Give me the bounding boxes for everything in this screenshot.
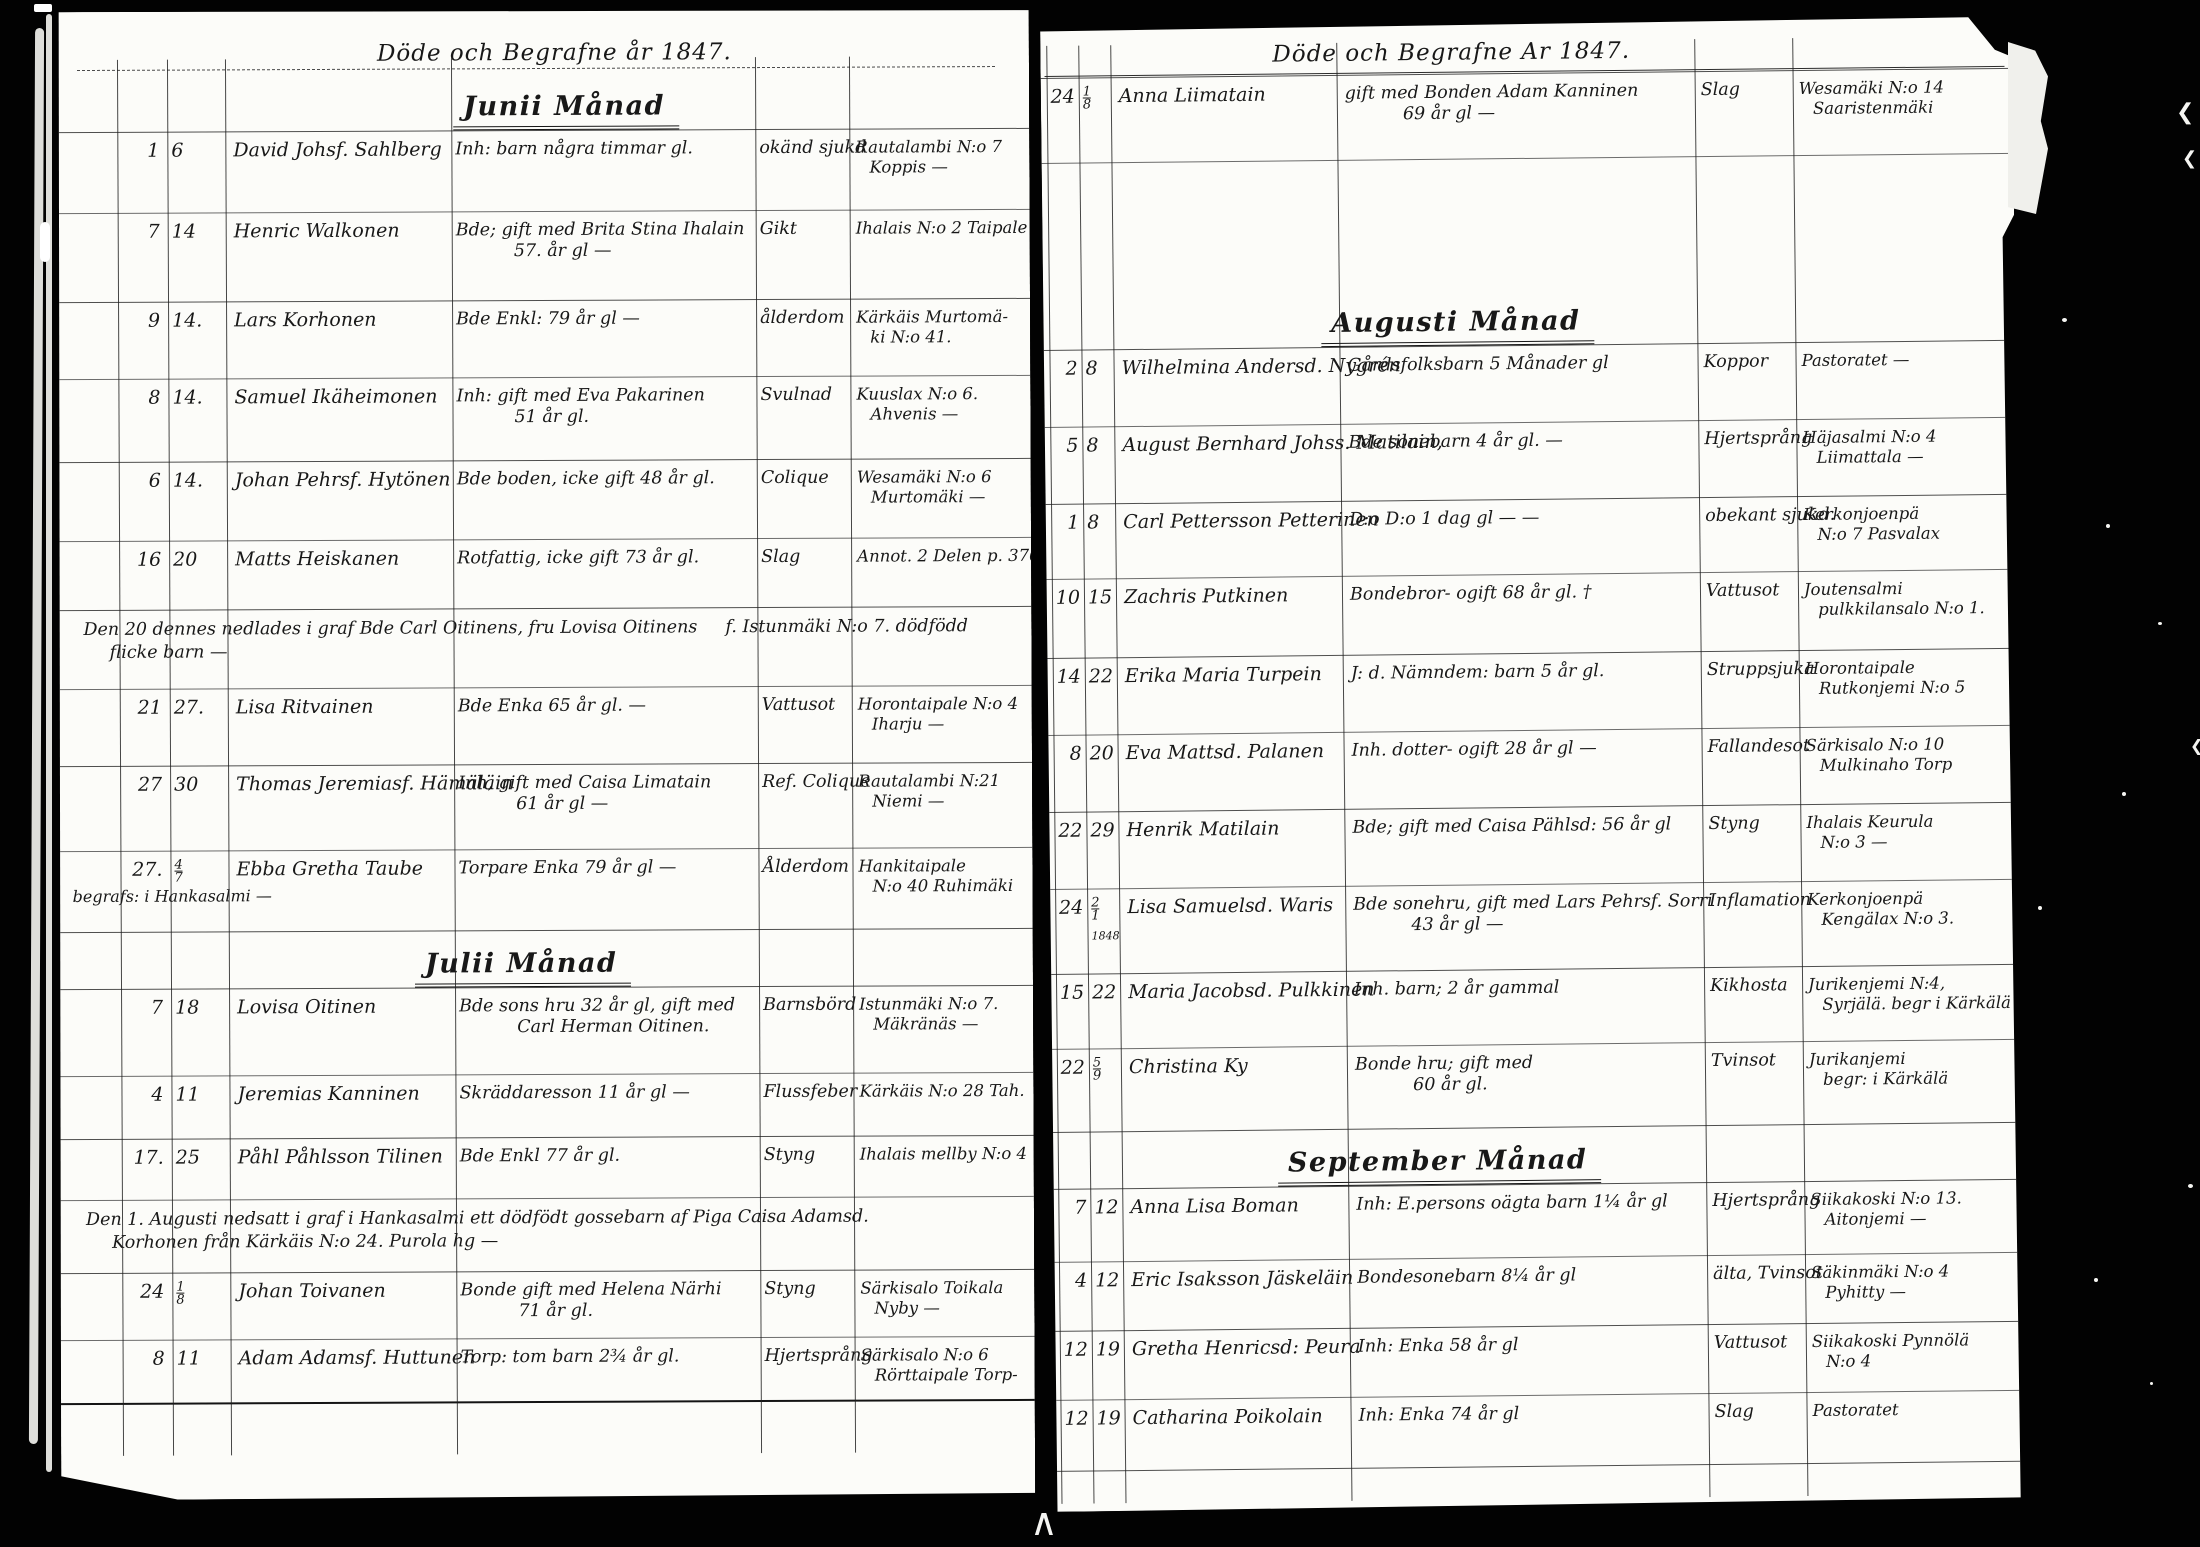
burial-place-line: Rörttaipale Torp- [875, 1365, 1018, 1386]
burial-note-line: flicke barn — [110, 639, 724, 665]
burial-place: KerkonjoenpäN:o 7 Pasvalax [1803, 504, 1940, 545]
cause-of-death: Flussfeber [763, 1082, 857, 1103]
burial-place-line: Pyhitty — [1825, 1282, 1949, 1303]
burial-day-value: 30 [174, 774, 226, 795]
status-and-age-line: Inh: Enka 74 år gl [1358, 1404, 1519, 1427]
paper-speck [2122, 792, 2126, 796]
burial-place: Siikakoski N:o 13.Aitonjemi — [1810, 1188, 1962, 1230]
burial-day-value: 18 [176, 1281, 228, 1314]
status-and-age: Bonde gift med Helena Närhi71 år gl. [460, 1279, 721, 1322]
death-day-value: 5 [1050, 436, 1078, 457]
death-day-value: 24 [1055, 898, 1083, 919]
cause-of-death: ålderdom [760, 308, 844, 329]
table-row: 24211848Lisa Samuelsd. WarisBde sonehru,… [1049, 880, 2022, 975]
burial-day-value: 19 [1096, 1339, 1126, 1360]
table-row: 412Eric Isaksson JäskeläinBondesonebarn … [1053, 1253, 2026, 1332]
burial-place: Häjasalmi N:o 4Liimattala — [1802, 427, 1936, 468]
paper-speck [2158, 622, 2162, 625]
status-and-age-line: Gårdsfolksbarn 5 Månader gl [1347, 353, 1608, 377]
deceased-name: Gretha Henricsd: Peura [1132, 1337, 1361, 1360]
deceased-name: Christina Ky [1129, 1056, 1248, 1078]
status-and-age-line: Bde sonehru, gift med Lars Pehrsf. Sorri [1353, 891, 1713, 916]
burial-place-line: N:o 7 Pasvalax [1817, 524, 1940, 545]
burial-place-line: ki N:o 41. [870, 327, 1008, 348]
deceased-name: Jeremias Kanninen [237, 1084, 419, 1106]
burial-place-line: Liimattala — [1816, 447, 1936, 468]
status-and-age: Bde Enka 65 år gl. — [458, 696, 646, 718]
burial-place-line: Ihalais Keurula [1806, 812, 1933, 833]
cause-of-death: Hjertsprång [765, 1346, 873, 1367]
status-and-age-line: J: d. Nämndem: barn 5 år gl. [1351, 661, 1605, 685]
status-and-age: gift med Bonden Adam Kanninen69 år gl — [1345, 81, 1639, 126]
note-row: Den 1. Augusti nedsatt i graf i Hankasal… [60, 1197, 1034, 1274]
death-day-value: 8 [118, 388, 160, 409]
burial-place-line: Iharju — [872, 714, 1018, 735]
burial-day-value: 8 [1086, 435, 1116, 456]
status-and-age-line: Bde Enkl: 79 år gl — [456, 309, 640, 331]
status-and-age: Inh: E.persons oägta barn 1¼ år gl [1356, 1191, 1668, 1215]
cause-of-death: älta, Tvinsot [1713, 1263, 1823, 1285]
table-row: 16David Johsf. SahlbergInh: barn några t… [55, 129, 1029, 214]
burial-place-line: Rautalambi N:21 [858, 771, 1000, 792]
burial-place-line: Särkisalo N:o 10 [1805, 734, 1952, 756]
burial-place-line: begr: i Kärkälä [1823, 1069, 1948, 1090]
burial-place: Pastoratet — [1801, 350, 1909, 371]
burial-place-line: Horontaipale [1805, 657, 1966, 679]
death-day-value: 14 [1053, 667, 1081, 688]
cause-of-death: Gikt [760, 219, 797, 240]
burial-day-value: 18 [1083, 86, 1113, 119]
record-rows: 718Lovisa OitinenBde sons hru 32 år gl, … [59, 985, 1035, 1405]
status-and-age-line: Torp: tom barn 2¾ år gl. [461, 1346, 680, 1368]
death-day-value: 7 [121, 998, 163, 1019]
death-day-value: 24 [1047, 87, 1075, 108]
burial-place-line: Häjasalmi N:o 4 [1802, 427, 1936, 448]
burial-day-value: 22 [1092, 982, 1122, 1003]
burial-place: Särkisalo ToikalaNyby — [860, 1278, 1003, 1319]
burial-place-line: Pastoratet [1812, 1400, 1898, 1421]
burial-place-note: begrafs: i Hankasalmi — [73, 884, 493, 907]
page-edge-streak [40, 222, 50, 262]
table-row: 712Anna Lisa BomanInh: E.persons oägta b… [1052, 1180, 2025, 1263]
cause-of-death: Vattusot [1706, 580, 1780, 602]
status-and-age: Inh. barn; 2 år gammal [1354, 978, 1559, 1001]
edge-arrow-mark: ❮ [2182, 148, 2197, 169]
status-and-age: Bde sons hru 32 år gl, gift medCarl Herm… [459, 995, 735, 1038]
status-and-age-line: 69 år gl — [1403, 102, 1639, 125]
burial-day-value: 14 [172, 221, 224, 242]
burial-place-line: Koppis — [869, 157, 1002, 178]
month-heading: Augusti Månad [1321, 304, 1595, 347]
deceased-name: Lisa Ritvainen [236, 697, 374, 719]
death-day-value: 6 [119, 471, 161, 492]
table-row: 914.Lars KorhonenBde Enkl: 79 år gl —åld… [56, 299, 1030, 380]
burial-place: Jurikenjemi N:4,Syrjälä. begr i Kärkälä [1808, 973, 2011, 1015]
table-row: 820Eva Mattsd. PalanenInh. dotter- ogift… [1047, 726, 2020, 813]
deceased-name: Zachris Putkinen [1124, 585, 1289, 608]
deceased-name: Påhl Påhlsson Tilinen [238, 1146, 443, 1168]
table-row: 28Wilhelmina Andersd. NygrénGårdsfolksba… [1043, 341, 2016, 428]
burial-place-line: Jurikanjemi [1809, 1049, 1948, 1070]
page-edge-streak [34, 4, 52, 12]
status-and-age-line: 51 år gl. [514, 406, 705, 428]
page-header: Döde och Begrafne år 1847. [377, 39, 732, 67]
status-and-age-line: Rotfattig, icke gift 73 år gl. [457, 547, 699, 569]
burial-note: Den 1. Augusti nedsatt i graf i Hankasal… [86, 1206, 726, 1255]
burial-date-fraction: 47 [174, 860, 182, 884]
burial-record-table: Junii Månad16David Johsf. SahlbergInh: b… [55, 72, 1035, 1405]
burial-place: Siikakoski PynnöläN:o 4 [1812, 1330, 1970, 1372]
status-and-age: Inh. dotter- ogift 28 år gl — [1352, 738, 1597, 762]
status-and-age-line: Bde Enkl 77 år gl. [460, 1146, 620, 1168]
table-row: 718Lovisa OitinenBde sons hru 32 år gl, … [59, 986, 1033, 1077]
burial-day-value: 20 [1090, 743, 1120, 764]
table-row: 17.25Påhl Påhlsson TilinenBde Enkl 77 år… [60, 1136, 1034, 1201]
burial-day-value: 27. [174, 697, 226, 718]
status-and-age-line: Bde Enka 65 år gl. — [458, 696, 646, 718]
record-section: September Månad712Anna Lisa BomanInh: E.… [1052, 1139, 2027, 1472]
status-and-age-line: 61 år gl — [516, 793, 711, 815]
burial-place: Istunmäki N:o 7.Mäkränäs — [859, 994, 998, 1035]
table-row: 2418Anna Liimataingift med Bonden Adam K… [1041, 69, 2014, 164]
death-day-value: 16 [119, 550, 161, 571]
status-and-age: Bde; gift med Caisa Pählsd: 56 år gl [1352, 814, 1671, 838]
burial-day-value: 14. [172, 387, 224, 408]
cause-of-death: Barnsbörd [763, 995, 856, 1016]
burial-day-value: 11 [177, 1348, 229, 1369]
burial-place-line: Rutkonjemi N:o 5 [1819, 677, 1966, 699]
table-row: 714Henric WalkonenBde; gift med Brita St… [56, 210, 1030, 303]
status-and-age: Rotfattig, icke gift 73 år gl. [457, 547, 699, 569]
cause-of-death: Slag [1714, 1402, 1753, 1423]
cause-of-death: Kikhosta [1710, 975, 1788, 997]
death-day-value: 12 [1061, 1409, 1089, 1430]
book-scan-photo: Döde och Begrafne år 1847. Junii Månad16… [0, 0, 2200, 1547]
status-and-age-line: Carl Herman Oitinen. [517, 1016, 735, 1038]
deceased-name: Erika Maria Turpein [1125, 664, 1322, 687]
table-row: 27.47Ebba Gretha Taubebegrafs: i Hankasa… [58, 848, 1032, 933]
burial-day-value: 22 [1089, 666, 1119, 687]
deceased-name: David Johsf. Sahlberg [233, 139, 441, 161]
month-heading-block: Junii Månad [55, 88, 1029, 132]
deceased-name: Maria Jacobsd. Pulkkinen [1128, 980, 1375, 1004]
burial-note: Den 20 dennes nedlades i graf Bde Carl O… [83, 616, 723, 665]
table-row: 2127.Lisa RitvainenBde Enka 65 år gl. —V… [58, 686, 1032, 767]
status-and-age-line: Inh: gift med Eva Pakarinen [456, 385, 705, 407]
burial-place: HorontaipaleRutkonjemi N:o 5 [1805, 657, 1966, 699]
deceased-name: Anna Lisa Boman [1130, 1195, 1299, 1218]
death-day-value: 2 [1050, 359, 1078, 380]
status-and-age: Bde boden, icke gift 48 år gl. [457, 468, 715, 490]
status-and-age-line: D:o D:o 1 dag gl — — [1349, 508, 1539, 531]
burial-place-line: Jurikenjemi N:4, [1808, 973, 2011, 995]
record-section: Augusti Månad28Wilhelmina Andersd. Nygré… [1043, 300, 2024, 1133]
paper-speck [2062, 318, 2067, 322]
table-row: 1015Zachris PutkinenBondebror- ogift 68 … [1046, 570, 2019, 659]
death-day-value: 24 [122, 1282, 164, 1303]
burial-place: Horontaipale N:o 4Iharju — [858, 694, 1018, 735]
status-and-age: Bde; gift med Brita Stina Ihalain57. år … [456, 219, 745, 262]
table-row: 1522Maria Jacobsd. PulkkinenInh. barn; 2… [1050, 965, 2023, 1050]
burial-day-value: 59 [1093, 1057, 1123, 1090]
table-row: 1620Matts HeiskanenRotfattig, icke gift … [57, 538, 1031, 611]
burial-place-line: Horontaipale N:o 4 [858, 694, 1018, 715]
burial-place-line: Saaristenmäki [1813, 98, 1944, 119]
record-rows: 2418Anna Liimataingift med Bonden Adam K… [1041, 68, 2014, 164]
deceased-name: Samuel Ikäheimonen [234, 386, 437, 408]
status-and-age: Inh: Enka 58 år gl [1358, 1335, 1519, 1358]
burial-place-line: Murtomäki — [871, 487, 992, 508]
burial-place: Joutensalmipulkkilansalo N:o 1. [1804, 578, 1985, 620]
status-and-age: Inh, gift med Caisa Limatain61 år gl — [458, 772, 711, 815]
burial-place-line: Siikakoski N:o 13. [1810, 1188, 1962, 1210]
status-and-age-line: Inh: barn några timmar gl. [455, 138, 693, 160]
deceased-name: Adam Adamsf. Huttunen [239, 1347, 476, 1369]
death-day-value: 22 [1054, 821, 1082, 842]
status-and-age-line: Inh, gift med Caisa Limatain [458, 772, 711, 794]
deceased-name: Lars Korhonen [234, 310, 377, 332]
right-page-scan: Döde och Begrafne Ar 1847. 2418Anna Liim… [1040, 14, 2028, 1512]
paper-speck [2188, 1184, 2193, 1188]
paper-speck [2106, 524, 2110, 528]
cause-of-death: Styng [1708, 814, 1760, 836]
death-day-value: 1 [117, 141, 159, 162]
header-rule [77, 66, 995, 71]
burial-place: Särkisalo N:o 6Rörttaipale Torp- [861, 1345, 1018, 1386]
burial-place-line: Niemi — [872, 791, 1000, 812]
burial-place: Ihalais N:o 2 Taipale [856, 218, 1028, 239]
burial-year-note: 1848 [1092, 931, 1122, 941]
burial-place-line: Kärkäis Murtomä- [856, 307, 1008, 328]
status-and-age: Inh: gift med Eva Pakarinen51 år gl. [456, 385, 705, 428]
death-day-value: 8 [1054, 744, 1082, 765]
status-and-age-line: Bde boden, icke gift 48 år gl. [457, 468, 715, 490]
burial-place-line: Ihalais N:o 2 Taipale [856, 218, 1028, 239]
death-day-value: 10 [1052, 588, 1080, 609]
status-and-age: Bde sonebarn 4 år gl. — [1348, 431, 1563, 454]
burial-place: Kuuslax N:o 6.Ahvenis — [856, 384, 978, 425]
burial-note-line: Korhonen från Kärkäis N:o 24. Purola hg … [112, 1229, 726, 1255]
burial-place-line: Wesamäki N:o 14 [1799, 78, 1944, 100]
burial-place-line: Kärkäis N:o 28 Tah. [859, 1081, 1024, 1102]
death-day-value: 4 [1059, 1271, 1087, 1292]
burial-place-line: Annot. 2 Delen p. 376 [857, 546, 1040, 567]
burial-date-fraction: 21 [1091, 897, 1100, 921]
cause-of-death: Inflamation [1709, 890, 1811, 912]
burial-place-line: Kengälax N:o 3. [1821, 908, 1954, 929]
burial-place: Ihalais mellby N:o 4 [860, 1144, 1027, 1165]
burial-place: KerkonjoenpäKengälax N:o 3. [1807, 888, 1954, 930]
table-row: 814.Samuel IkäheimonenInh: gift med Eva … [56, 376, 1030, 463]
status-and-age: Bondebror- ogift 68 år gl. † [1350, 582, 1592, 606]
deceased-name: Henrik Matilain [1126, 819, 1279, 842]
cause-of-death: Vattusot [762, 695, 835, 716]
table-row: 58August Bernhard Johss. Matilain,Bde so… [1044, 418, 2017, 505]
burial-place-line: Wesamäki N:o 6 [857, 467, 992, 488]
burial-day-value: 12 [1094, 1197, 1124, 1218]
burial-place-line: Kerkonjoenpä [1807, 888, 1954, 910]
burial-note-line: Den 1. Augusti nedsatt i graf i Hankasal… [86, 1206, 726, 1232]
burial-place-line: N:o 3 — [1821, 832, 1934, 853]
table-row: 18Carl Pettersson PetterinenD:o D:o 1 da… [1045, 495, 2018, 580]
burial-place: HankitaipaleN:o 40 Ruhimäki [858, 856, 1013, 897]
table-row: 411Jeremias KanninenSkräddaresson 11 år … [59, 1073, 1033, 1140]
death-day-value: 21 [120, 698, 162, 719]
status-and-age-line: Inh. barn; 2 år gammal [1354, 978, 1559, 1001]
fold-chevron-mark: ∧ [1030, 1500, 1058, 1544]
deceased-name: Lisa Samuelsd. Waris [1127, 895, 1333, 918]
month-heading-block: Julii Månad [59, 945, 1033, 989]
burial-day-value: 20 [173, 549, 225, 570]
status-and-age-line: Bonde gift med Helena Närhi [460, 1279, 721, 1301]
burial-place-line: Pastoratet — [1801, 350, 1909, 371]
burial-place: Annot. 2 Delen p. 376 [857, 546, 1040, 567]
burial-day-value: 12 [1095, 1270, 1125, 1291]
table-row: 1422Erika Maria TurpeinJ: d. Nämndem: ba… [1047, 649, 2020, 736]
status-and-age-line: gift med Bonden Adam Kanninen [1345, 81, 1639, 105]
edge-arrow-mark: ❮ [2176, 100, 2194, 125]
status-and-age: Torpare Enka 79 år gl — [458, 857, 676, 879]
table-row: 2730Thomas Jeremiasf. HämäläinInh, gift … [58, 763, 1032, 852]
death-day-value: 17. [122, 1148, 164, 1169]
table-row: 811Adam Adamsf. HuttunenTorp: tom barn 2… [61, 1337, 1035, 1405]
burial-day-value: 8 [1087, 512, 1117, 533]
record-rows: 16David Johsf. SahlbergInh: barn några t… [55, 128, 1032, 933]
burial-place-line: Kerkonjoenpä [1803, 504, 1940, 525]
deceased-name: Henric Walkonen [234, 221, 400, 243]
burial-place-line: Kuuslax N:o 6. [856, 384, 978, 405]
page-corner-fragment [2008, 42, 2048, 214]
cause-of-death: okänd sjukd [759, 138, 866, 159]
table-row: 2229Henrik MatilainBde; gift med Caisa P… [1048, 803, 2021, 890]
status-and-age-line: Inh. dotter- ogift 28 år gl — [1352, 738, 1597, 762]
record-section: Junii Månad16David Johsf. SahlbergInh: b… [55, 88, 1033, 933]
burial-place-line: Istunmäki N:o 7. [859, 994, 998, 1015]
table-row: 1219Catharina PoikolainInh: Enka 74 år g… [1054, 1391, 2027, 1472]
burial-record-table: 2418Anna Liimataingift med Bonden Adam K… [1041, 68, 2028, 1472]
cause-of-death: Fallandesot [1708, 736, 1811, 758]
paper-speck [2038, 906, 2042, 910]
burial-day-value: 14. [173, 470, 225, 491]
status-and-age: Inh: barn några timmar gl. [455, 138, 693, 160]
status-and-age: D:o D:o 1 dag gl — — [1349, 508, 1539, 531]
table-row: 1219Gretha Henricsd: PeuraInh: Enka 58 å… [1054, 1322, 2027, 1401]
cause-of-death: Slag [1701, 80, 1740, 101]
page-header: Döde och Begrafne Ar 1847. [1272, 38, 1630, 68]
deceased-name: Ebba Gretha Taube [236, 859, 423, 881]
burial-place-line: Mäkränäs — [873, 1014, 998, 1035]
burial-day-value: 8 [1086, 358, 1116, 379]
burial-place: Rautalambi N:o 7Koppis — [855, 137, 1002, 178]
burial-place: Pastoratet [1812, 1400, 1898, 1421]
death-day-value: 27 [120, 775, 162, 796]
death-day-value: 8 [123, 1349, 165, 1370]
burial-day-value: 25 [176, 1147, 228, 1168]
burial-place-line: Aitonjemi — [1824, 1208, 1962, 1229]
burial-place-line: Joutensalmi [1804, 578, 1985, 600]
paper-speck [2150, 1382, 2153, 1385]
burial-place-line: Syrjälä. begr i Kärkälä [1822, 993, 2011, 1015]
month-heading: Junii Månad [453, 89, 679, 130]
burial-note-place: f. Istunmäki N:o 7. dödfödd [725, 615, 1025, 639]
status-and-age: Torp: tom barn 2¾ år gl. [461, 1346, 680, 1368]
cause-of-death: Svulnad [760, 385, 832, 406]
death-day-value: 27. [120, 860, 162, 881]
death-day-value: 12 [1060, 1340, 1088, 1361]
status-and-age-line: Skräddaresson 11 år gl — [459, 1082, 689, 1104]
burial-day-value: 19 [1097, 1408, 1127, 1429]
cause-of-death: Ref. Colique [762, 772, 871, 793]
death-day-value: 1 [1051, 513, 1079, 534]
burial-date-fraction: 59 [1093, 1057, 1102, 1081]
burial-note-line: Den 20 dennes nedlades i graf Bde Carl O… [83, 616, 723, 642]
month-heading: September Månad [1278, 1143, 1602, 1186]
burial-place: Rautalambi N:21Niemi — [858, 771, 1000, 812]
month-heading: Julii Månad [415, 947, 632, 988]
status-and-age: Bonde hru; gift med60 år gl. [1355, 1053, 1534, 1097]
record-rows: 712Anna Lisa BomanInh: E.persons oägta b… [1052, 1179, 2027, 1472]
deceased-name: Matts Heiskanen [235, 549, 399, 571]
burial-place: Jurikanjemibegr: i Kärkälä [1809, 1049, 1949, 1090]
table-row: 2259Christina KyBonde hru; gift med60 år… [1051, 1040, 2024, 1133]
status-and-age-line: Bde sonebarn 4 år gl. — [1348, 431, 1563, 454]
death-day-value: 7 [118, 222, 160, 243]
burial-place-line: Ahvenis — [870, 404, 978, 424]
table-row: 614.Johan Pehrsf. HytönenBde boden, icke… [57, 459, 1031, 542]
burial-place-line: Säkinmäki N:o 4 [1811, 1262, 1949, 1283]
cause-of-death: Styng [764, 1279, 815, 1300]
deceased-name: Eva Mattsd. Palanen [1126, 741, 1325, 764]
burial-place-line: Särkisalo N:o 6 [861, 1345, 1018, 1366]
death-day-value: 4 [121, 1085, 163, 1106]
burial-day-value: 18 [175, 997, 227, 1018]
deceased-name: Lovisa Oitinen [237, 997, 376, 1019]
burial-day-value: 15 [1088, 587, 1118, 608]
death-day-value: 22 [1057, 1058, 1085, 1079]
burial-place-line: N:o 4 [1826, 1350, 1970, 1372]
note-row: Den 20 dennes nedlades i graf Bde Carl O… [57, 607, 1031, 690]
status-and-age-line: Bondesonebarn 8¼ år gl [1357, 1265, 1576, 1288]
burial-date-fraction: 18 [1083, 86, 1092, 110]
status-and-age: Gårdsfolksbarn 5 Månader gl [1347, 353, 1608, 377]
status-and-age-line: 71 år gl. [518, 1300, 721, 1322]
burial-place-line: pulkkilansalo N:o 1. [1818, 598, 1985, 620]
burial-place-line: Siikakoski Pynnölä [1812, 1330, 1970, 1352]
burial-place-line: N:o 40 Ruhimäki [873, 876, 1014, 897]
status-and-age-line: Bde sons hru 32 år gl, gift med [459, 995, 735, 1017]
status-and-age-line: Inh: E.persons oägta barn 1¼ år gl [1356, 1191, 1668, 1215]
record-section: 2418Anna Liimataingift med Bonden Adam K… [1041, 68, 2014, 164]
deceased-name: Johan Toivanen [238, 1281, 385, 1303]
status-and-age: Bde sonehru, gift med Lars Pehrsf. Sorri… [1353, 891, 1713, 937]
status-and-age: Inh: Enka 74 år gl [1358, 1404, 1519, 1427]
burial-place: Wesamäki N:o 14Saaristenmäki [1799, 78, 1945, 120]
cause-of-death: Tvinsot [1711, 1050, 1776, 1072]
cause-of-death: Colique [761, 468, 829, 489]
burial-day-value: 6 [171, 140, 223, 161]
death-day-value: 15 [1056, 983, 1084, 1004]
deceased-name: Eric Isaksson Jäskeläin [1131, 1268, 1353, 1291]
burial-date-fraction: 18 [176, 1282, 184, 1306]
status-and-age: Skräddaresson 11 år gl — [459, 1082, 689, 1104]
status-and-age-line: Bde; gift med Caisa Pählsd: 56 år gl [1352, 814, 1671, 838]
edge-arrow-mark: ❮ [2190, 736, 2200, 755]
burial-place: Säkinmäki N:o 4Pyhitty — [1811, 1262, 1950, 1303]
cause-of-death: Slag [761, 547, 800, 568]
record-rows: 28Wilhelmina Andersd. NygrénGårdsfolksba… [1043, 340, 2023, 1133]
cause-of-death: Vattusot [1714, 1332, 1788, 1354]
status-and-age-line: Bondebror- ogift 68 år gl. † [1350, 582, 1592, 606]
